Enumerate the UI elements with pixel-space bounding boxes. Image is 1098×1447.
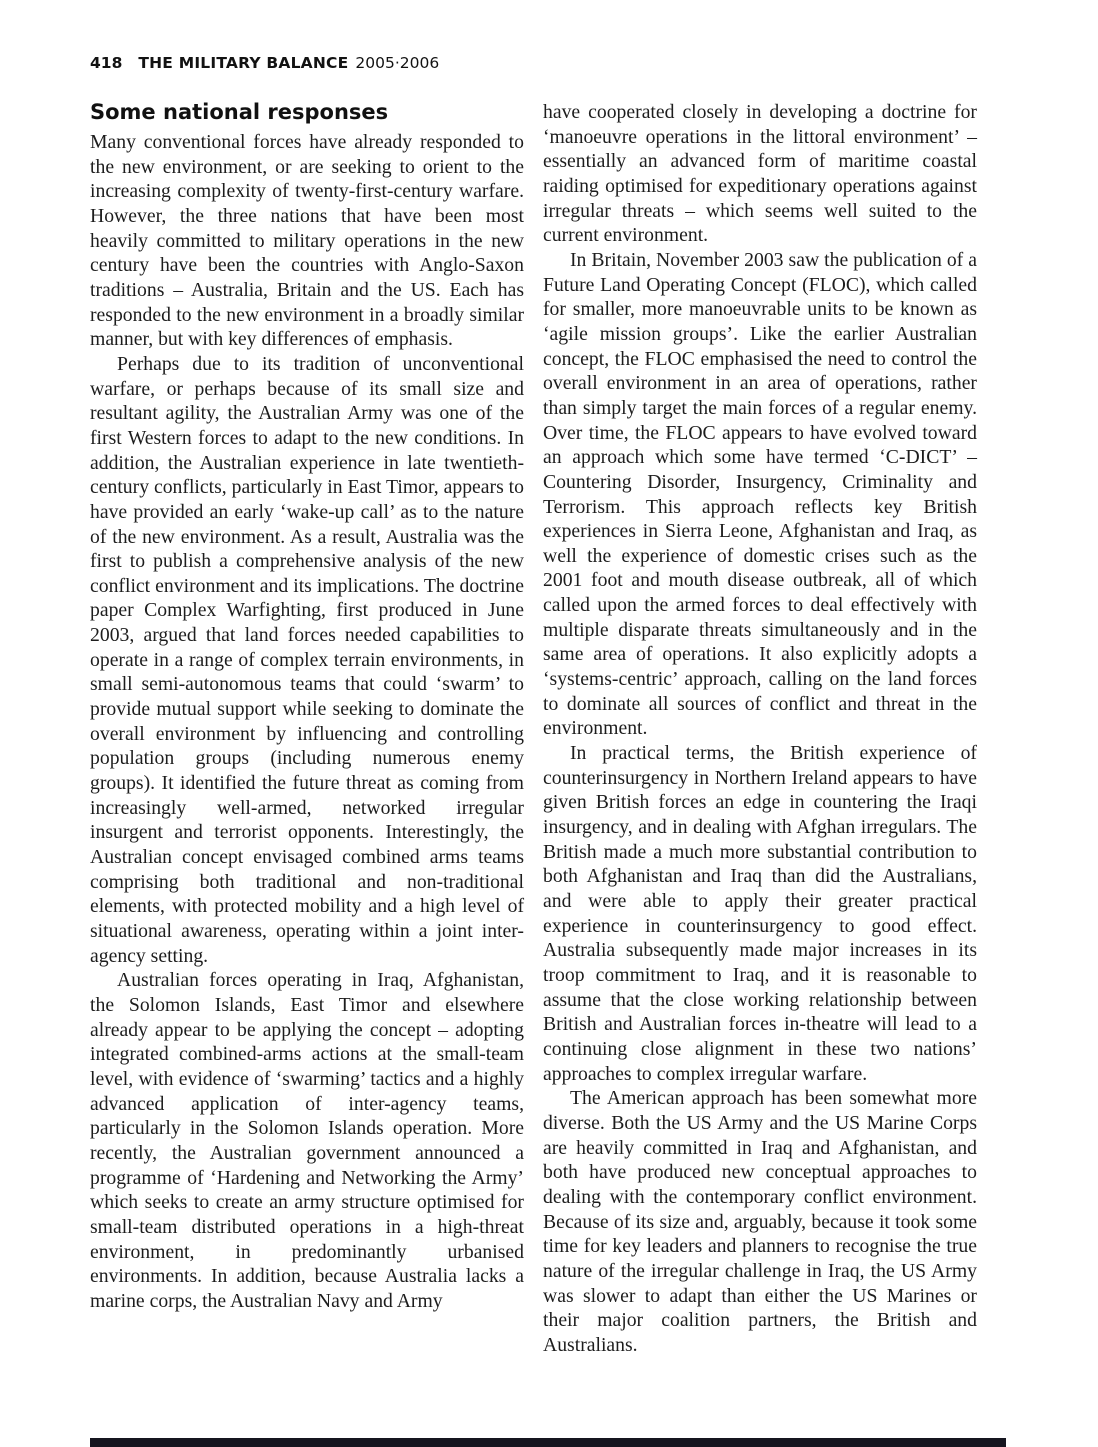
- edition-years: 2005·2006: [355, 54, 439, 72]
- footer-rule: [90, 1438, 1006, 1447]
- paragraph-right-2: In Britain, November 2003 saw the public…: [543, 248, 977, 741]
- left-column: Some national responses Many conventiona…: [90, 100, 524, 1314]
- paragraph-right-4: The American approach has been somewhat …: [543, 1086, 977, 1357]
- running-head: 418THE MILITARY BALANCE2005·2006: [90, 54, 439, 72]
- book-page: 418THE MILITARY BALANCE2005·2006 Some na…: [0, 0, 1098, 1447]
- paragraph-left-3: Australian forces operating in Iraq, Afg…: [90, 968, 524, 1313]
- paragraph-right-3: In practical terms, the British experien…: [543, 741, 977, 1086]
- page-number: 418: [90, 54, 122, 72]
- book-title: THE MILITARY BALANCE: [138, 54, 348, 72]
- paragraph-left-1: Many conventional forces have already re…: [90, 130, 524, 352]
- right-column: have cooperated closely in developing a …: [543, 100, 977, 1357]
- section-heading: Some national responses: [90, 100, 524, 125]
- paragraph-left-2: Perhaps due to its tradition of unconven…: [90, 352, 524, 968]
- paragraph-right-1-continuation: have cooperated closely in developing a …: [543, 100, 977, 248]
